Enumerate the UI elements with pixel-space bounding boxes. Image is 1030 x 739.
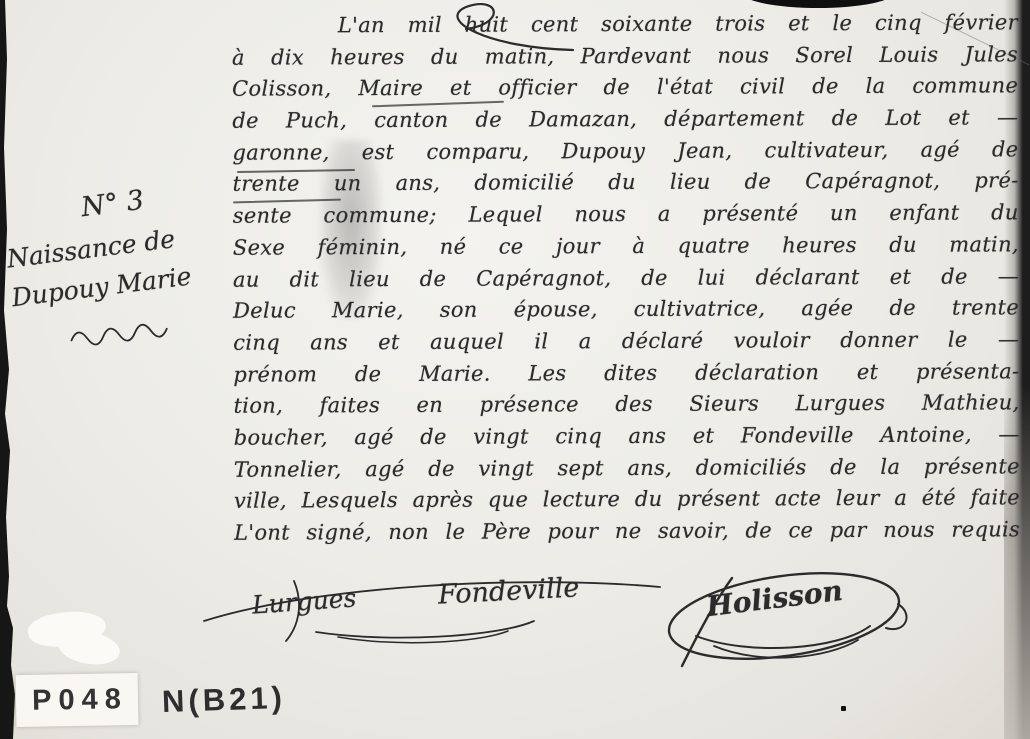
- body-line: au dit lieu de Capéragnot, de lui déclar…: [233, 264, 1019, 299]
- ink-speck: [841, 706, 846, 711]
- body-line: cinq ans et auquel il a déclaré vouloir …: [233, 327, 1019, 362]
- body-line: L'an mil huit cent soixante trois et le …: [232, 10, 1018, 45]
- body-line: trente un ans, domicilié du lieu de Capé…: [233, 169, 1019, 204]
- manuscript-body: L'an mil huit cent soixante trois et le …: [232, 10, 1020, 552]
- scan-edge-top-blob: [742, 0, 894, 8]
- body-line: de Puch, canton de Damazan, département …: [232, 105, 1018, 140]
- margin-annotation: N° 3 Naissance de Dupouy Marie: [0, 175, 237, 313]
- signature-lurgues: Lurgues: [251, 583, 357, 619]
- body-line: Tonnelier, agé de vingt sept ans, domici…: [234, 454, 1020, 489]
- body-line: sente commune; Lequel nous a présenté un…: [233, 200, 1019, 235]
- archive-annotation: N(B21): [161, 680, 286, 720]
- body-line: Sexe féminin, né ce jour à quatre heures…: [233, 232, 1019, 267]
- body-line: garonne, est comparu, Dupouy Jean, culti…: [232, 137, 1018, 172]
- archive-stamp-label: P048: [16, 673, 139, 727]
- archive-stamp-text: P048: [26, 683, 128, 718]
- scanned-birth-record: N° 3 Naissance de Dupouy Marie L'an mil …: [0, 0, 1030, 739]
- body-line: prénom de Marie. Les dites déclaration e…: [233, 359, 1019, 394]
- body-line: Deluc Marie, son épouse, cultivatrice, a…: [233, 295, 1019, 330]
- body-line: tion, faites en présence des Sieurs Lurg…: [233, 391, 1019, 426]
- body-line: boucher, agé de vingt cinq ans et Fondev…: [234, 422, 1020, 457]
- signature-holisson: Holisson: [704, 574, 844, 623]
- margin-wavy-flourish: [68, 313, 182, 348]
- body-line: L'ont signé, non le Père pour ne savoir,…: [234, 517, 1020, 552]
- body-line: Colisson, Maire et officier de l'état ci…: [232, 74, 1018, 109]
- scan-edge-left: [0, 0, 18, 739]
- act-number: N° 3: [79, 175, 227, 223]
- signature-fondeville: Fondeville: [437, 572, 580, 610]
- body-line: à dix heures du matin, Pardevant nous So…: [232, 42, 1018, 77]
- body-line: ville, Lesquels après que lecture du pré…: [234, 486, 1020, 521]
